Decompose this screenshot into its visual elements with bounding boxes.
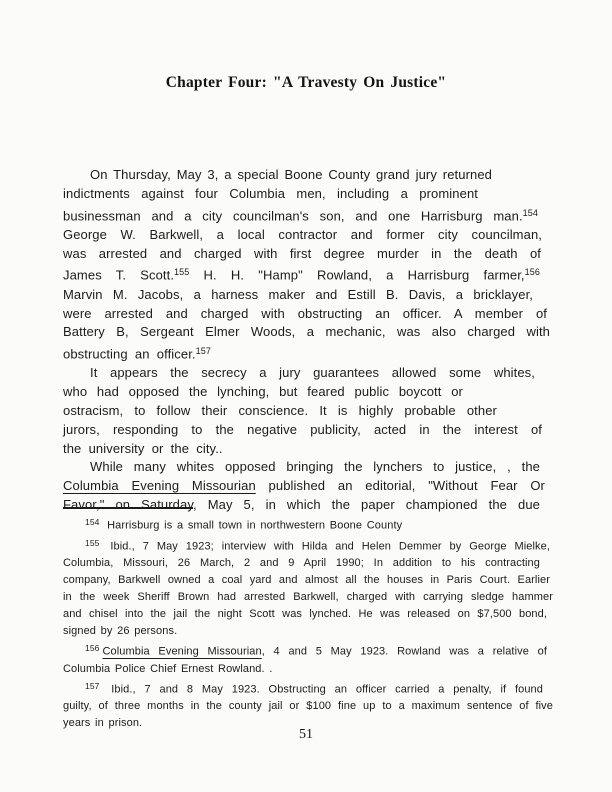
page-number: 51 xyxy=(0,727,612,743)
footnote-line: in the week Sheriff Brown had arrested B… xyxy=(63,589,553,606)
document-page: Chapter Four: "A Travesty On Justice" On… xyxy=(0,0,612,792)
text-segment: On Thursday, May 3, a special Boone Coun… xyxy=(90,167,492,182)
footnote-line: Columbia, Missouri, 26 March, 2 and 9 Ap… xyxy=(63,555,540,572)
body-line: James T. Scott.155 H. H. "Hamp" Rowland,… xyxy=(63,263,540,285)
footnote-line: Columbia Police Chief Ernest Rowland. . xyxy=(63,661,553,678)
text-segment: Ibid., 7 May 1923; interview with Hilda … xyxy=(102,540,550,552)
footnote-line: 157 Ibid., 7 and 8 May 1923. Obstructing… xyxy=(85,678,543,699)
body-line: who had opposed the lynching, but feared… xyxy=(63,383,463,402)
text-segment: George W. Barkwell, a local contractor a… xyxy=(63,227,542,242)
text-segment: in the week Sheriff Brown had arrested B… xyxy=(63,591,553,603)
text-segment: Ibid., 7 and 8 May 1923. Obstructing an … xyxy=(102,683,543,695)
footnote-ref: 155 xyxy=(85,538,99,548)
body-text: On Thursday, May 3, a special Boone Coun… xyxy=(63,166,550,515)
body-line: jurors, responding to the negative publi… xyxy=(63,421,542,440)
body-line: On Thursday, May 3, a special Boone Coun… xyxy=(90,166,492,185)
footnote-ref: 156 xyxy=(85,643,99,653)
text-segment: It appears the secrecy a jury guarantees… xyxy=(90,365,535,380)
text-segment: jurors, responding to the negative publi… xyxy=(63,422,542,437)
footnote-line: 155 Ibid., 7 May 1923; interview with Hi… xyxy=(85,535,550,556)
text-segment: businessman and a city councilman's son,… xyxy=(63,208,523,223)
text-segment: James T. Scott. xyxy=(63,268,174,283)
footnote-ref: 154 xyxy=(85,517,99,527)
text-segment: published an editorial, "Without Fear Or xyxy=(256,478,545,493)
footnote-line: signed by 26 persons. xyxy=(63,623,553,640)
underlined-title-text: Columbia Evening Missourian xyxy=(63,478,256,493)
body-line: Favor," on Saturday, May 5, in which the… xyxy=(63,496,540,515)
footnote-separator-rule xyxy=(63,507,193,509)
text-segment: obstructing an officer. xyxy=(63,347,196,362)
footnote-line: guilty, of three months in the county ja… xyxy=(63,698,553,715)
footnotes: 154 Harrisburg is a small town in northw… xyxy=(63,514,553,732)
text-segment: indictments against four Columbia men, i… xyxy=(63,186,478,201)
text-segment: company, Barkwell owned a coal yard and … xyxy=(63,574,550,586)
text-segment: Columbia Police Chief Ernest Rowland. . xyxy=(63,663,273,675)
text-segment: guilty, of three months in the county ja… xyxy=(63,700,553,712)
body-line: were arrested and charged with obstructi… xyxy=(63,305,547,324)
footnote-line: and chisel into the jail the night Scott… xyxy=(63,606,547,623)
body-line: the university or the city.. xyxy=(63,440,550,459)
footnote-line: 156Columbia Evening Missourian, 4 and 5 … xyxy=(85,640,547,661)
body-line: Marvin M. Jacobs, a harness maker and Es… xyxy=(63,286,533,305)
footnote-ref: 157 xyxy=(196,346,211,356)
text-segment: Favor," on Saturday, May 5, in which the… xyxy=(63,497,540,512)
body-line: ostracism, to follow their conscience. I… xyxy=(63,402,497,421)
text-segment: H. H. "Hamp" Rowland, a Harrisburg farme… xyxy=(189,268,524,283)
text-segment: who had opposed the lynching, but feared… xyxy=(63,384,463,399)
footnote-ref: 157 xyxy=(85,681,99,691)
text-segment: Harrisburg is a small town in northweste… xyxy=(102,520,402,532)
footnote-line: 154 Harrisburg is a small town in northw… xyxy=(85,514,553,535)
text-segment: were arrested and charged with obstructi… xyxy=(63,306,547,321)
body-line: indictments against four Columbia men, i… xyxy=(63,185,478,204)
text-segment: ostracism, to follow their conscience. I… xyxy=(63,403,497,418)
text-segment: Battery B, Sergeant Elmer Woods, a mecha… xyxy=(63,324,550,339)
body-line: It appears the secrecy a jury guarantees… xyxy=(90,364,535,383)
body-line: businessman and a city councilman's son,… xyxy=(63,204,538,226)
body-line: While many whites opposed bringing the l… xyxy=(90,458,540,477)
body-line: Columbia Evening Missourian published an… xyxy=(63,477,545,496)
body-line: George W. Barkwell, a local contractor a… xyxy=(63,226,542,245)
footnote-ref: 155 xyxy=(174,267,189,277)
text-segment: Marvin M. Jacobs, a harness maker and Es… xyxy=(63,287,533,302)
body-line: Battery B, Sergeant Elmer Woods, a mecha… xyxy=(63,323,550,342)
text-segment: Columbia, Missouri, 26 March, 2 and 9 Ap… xyxy=(63,557,540,569)
text-segment: and chisel into the jail the night Scott… xyxy=(63,608,547,620)
text-segment: the university or the city.. xyxy=(63,441,223,456)
text-segment: , 4 and 5 May 1923. Rowland was a relati… xyxy=(262,646,547,658)
body-line: obstructing an officer.157 xyxy=(63,342,550,364)
text-segment: was arrested and charged with first degr… xyxy=(63,246,541,261)
text-segment: While many whites opposed bringing the l… xyxy=(90,459,540,474)
chapter-title: Chapter Four: "A Travesty On Justice" xyxy=(0,74,612,92)
body-line: was arrested and charged with first degr… xyxy=(63,245,541,264)
footnote-line: company, Barkwell owned a coal yard and … xyxy=(63,572,550,589)
footnote-ref: 156 xyxy=(525,267,540,277)
text-segment: signed by 26 persons. xyxy=(63,625,177,637)
underlined-title-text: Columbia Evening Missourian xyxy=(102,646,261,658)
footnote-ref: 154 xyxy=(523,208,538,218)
